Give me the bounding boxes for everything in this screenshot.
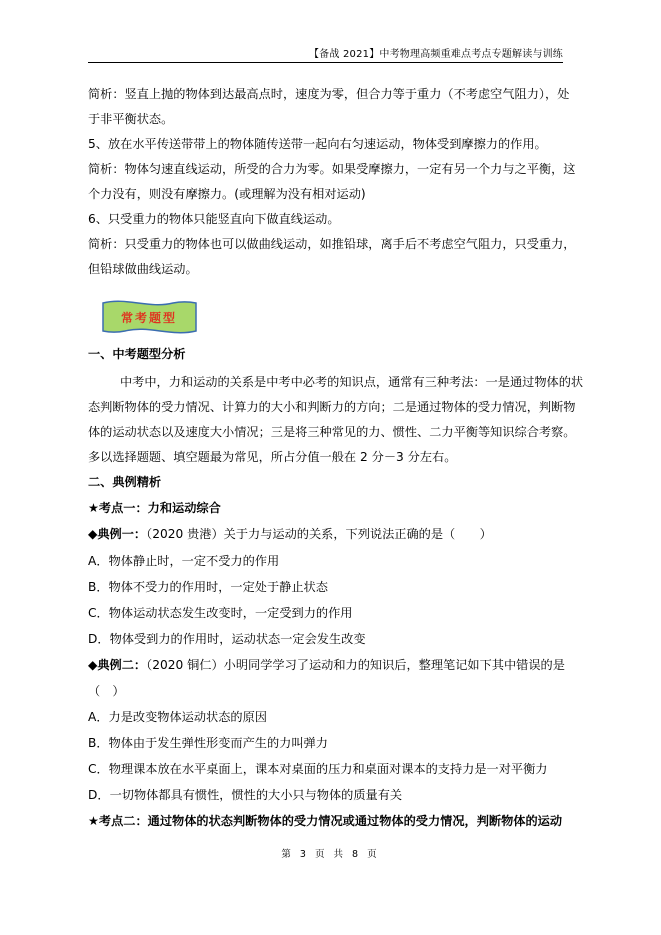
banner-label: 常考题型 <box>99 309 199 326</box>
example-label: ◆典例一： <box>88 527 146 541</box>
option-b: B．物体不受力的作用时，一定处于静止状态 <box>88 579 328 595</box>
analysis-text: 简析：竖直上抛的物体到达最高点时，速度为零，但合力等于重力（不考虑空气阻力），处 <box>88 86 569 102</box>
analysis-text: 简析：物体匀速直线运动，所受的合力为零。如果受摩擦力，一定有另一个力与之平衡，这 <box>88 161 576 177</box>
header-divider <box>88 62 563 63</box>
statement-text: 6、只受重力的物体只能竖直向下做直线运动。 <box>88 211 340 227</box>
example-question: ◆典例二：（2020 铜仁）小明同学学习了运动和力的知识后，整理笔记如下其中错误… <box>88 657 565 673</box>
analysis-text: 简析：只受重力的物体也可以做曲线运动，如推铅球，离手后不考虑空气阻力，只受重力， <box>88 236 576 252</box>
option-c: C．物理课本放在水平桌面上，课本对桌面的压力和桌面对课本的支持力是一对平衡力 <box>88 761 547 777</box>
section-heading: 二、典例精析 <box>88 474 161 490</box>
statement-text: 5、放在水平传送带带上的物体随传送带一起向右匀速运动，物体受到摩擦力的作用。 <box>88 136 547 152</box>
analysis-text: 个力没有，则没有摩擦力。(或理解为没有相对运动) <box>88 186 366 202</box>
analysis-text: 于非平衡状态。 <box>88 111 173 127</box>
option-c: C．物体运动状态发生改变时，一定受到力的作用 <box>88 605 352 621</box>
question-text: （2020 铜仁）小明同学学习了运动和力的知识后，整理笔记如下其中错误的是 <box>146 658 565 672</box>
body-text: 多以选择题题、填空题最为常见，所占分值一般在 2 分－3 分左右。 <box>88 449 456 465</box>
page-number: 第 3 页 共 8 页 <box>0 846 661 860</box>
option-a: A．物体静止时，一定不受力的作用 <box>88 553 279 569</box>
option-d: D．一切物体都具有惯性，惯性的大小只与物体的质量有关 <box>88 787 402 803</box>
example-question: ◆典例一：（2020 贵港）关于力与运动的关系，下列说法正确的是（ ） <box>88 526 492 542</box>
topic-heading: ★考点一：力和运动综合 <box>88 500 221 516</box>
option-d: D．物体受到力的作用时，运动状态一定会发生改变 <box>88 631 366 647</box>
document-header: 【备战 2021】中考物理高频重难点考点专题解读与训练 <box>88 48 563 62</box>
answer-blank: （ ） <box>88 683 125 699</box>
body-text: 中考中，力和运动的关系是中考中必考的知识点，通常有三种考法：一是通过物体的状 <box>120 374 583 390</box>
question-text: （2020 贵港）关于力与运动的关系，下列说法正确的是（ ） <box>146 527 492 541</box>
section-heading: 一、中考题型分析 <box>88 346 186 362</box>
topic-heading: ★考点二：通过物体的状态判断物体的受力情况或通过物体的受力情况，判断物体的运动 <box>88 813 562 829</box>
analysis-text: 但铅球做曲线运动。 <box>88 261 198 277</box>
frequent-question-banner: 常考题型 <box>99 299 199 337</box>
body-text: 态判断物体的受力情况、计算力的大小和判断力的方向；二是通过物体的受力情况，判断物 <box>88 399 576 415</box>
option-b: B．物体由于发生弹性形变而产生的力叫弹力 <box>88 735 328 751</box>
example-label: ◆典例二： <box>88 658 146 672</box>
option-a: A．力是改变物体运动状态的原因 <box>88 709 267 725</box>
body-text: 体的运动状态以及速度大小情况；三是将三种常见的力、惯性、二力平衡等知识综合考察。 <box>88 424 576 440</box>
